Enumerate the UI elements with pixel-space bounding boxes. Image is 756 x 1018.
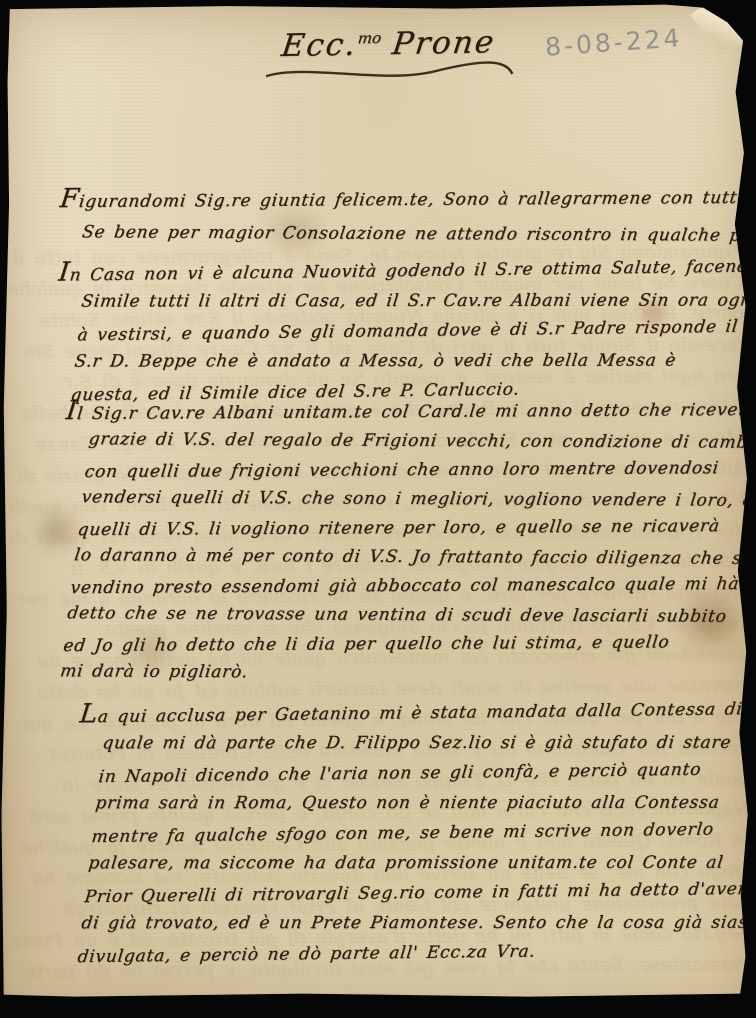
salutation-abbr: Ecc. bbox=[280, 27, 360, 64]
letter-paper-sheet: Figurandomi Sig.re giuntia felicem.te, S… bbox=[0, 0, 756, 1018]
salutation-flourish bbox=[263, 58, 517, 88]
salutation: Ecc.mo Prone bbox=[280, 24, 515, 64]
manuscript-line: palesare, ma siccome ha data promissione… bbox=[87, 848, 756, 879]
manuscript-line: La qui acclusa per Gaetanino mi è stata … bbox=[78, 694, 756, 732]
manuscript-line: Figurandomi Sig.re giuntia felicem.te, S… bbox=[58, 181, 748, 219]
manuscript-line: mi darà io pigliarò. bbox=[58, 657, 733, 690]
paper-corner-fold bbox=[690, 8, 742, 50]
manuscript-line: Il Sig.r Cav.re Albani unitam.te col Car… bbox=[64, 396, 756, 429]
archival-number: 8-08-224 bbox=[544, 23, 683, 62]
manuscript-line: in Napoli dicendo che l'aria non se gli … bbox=[97, 754, 756, 792]
manuscript-line: di già trovato, ed è un Prete Piamontese… bbox=[80, 908, 752, 939]
manuscript-line: S.r D. Beppe che è andato a Messa, ò ved… bbox=[73, 345, 742, 376]
scanned-manuscript-page: { "page": { "archival_number": "8-08-224… bbox=[0, 0, 756, 1018]
ink-stain bbox=[34, 500, 80, 560]
manuscript-line: grazie di V.S. del regalo de Frigioni ve… bbox=[87, 425, 756, 458]
manuscript-line: detto che se ne trovasse una ventina di … bbox=[65, 599, 740, 632]
manuscript-line: à vestirsi, e quando Se gli domanda dove… bbox=[76, 312, 745, 351]
manuscript-line: ed Jo gli ho detto che li dia per quello… bbox=[62, 628, 738, 661]
manuscript-line: Prior Querelli di ritrovargli Seg.rio co… bbox=[83, 874, 755, 912]
salutation-superscript: mo bbox=[357, 29, 383, 47]
manuscript-line: vendino presto essendomi già abboccato c… bbox=[69, 570, 745, 603]
paragraph-4: La qui acclusa per Gaetanino mi è stata … bbox=[76, 696, 756, 970]
manuscript-line: Se bene per magior Consolazione ne atten… bbox=[80, 215, 744, 252]
manuscript-line: quale mi dà parte che D. Filippo Sez.lio… bbox=[101, 728, 756, 759]
manuscript-line: vendersi quelli di V.S. che sono i megli… bbox=[80, 483, 755, 516]
paragraph-2: In Casa non vi è alcuna Nuovità godendo … bbox=[69, 254, 752, 409]
manuscript-line: con quelli due frigioni vecchioni che an… bbox=[83, 454, 756, 487]
manuscript-line: quelli di V.S. li vogliono ritenere per … bbox=[76, 512, 752, 545]
paragraph-3: Il Sig.r Cav.re Albani unitam.te col Car… bbox=[58, 398, 756, 688]
manuscript-line: lo daranno à mé per conto di V.S. Jo fra… bbox=[73, 541, 748, 574]
salutation-rest: Prone bbox=[390, 24, 497, 62]
paragraph-1: Figurandomi Sig.re giuntia felicem.te, S… bbox=[80, 183, 748, 251]
manuscript-line: prima sarà in Roma, Questo non è niente … bbox=[94, 788, 756, 819]
manuscript-line: divulgata, e perciò ne dò parte all' Ecc… bbox=[76, 934, 748, 972]
manuscript-line: mentre fa qualche sfogo con me, se bene … bbox=[90, 814, 756, 852]
